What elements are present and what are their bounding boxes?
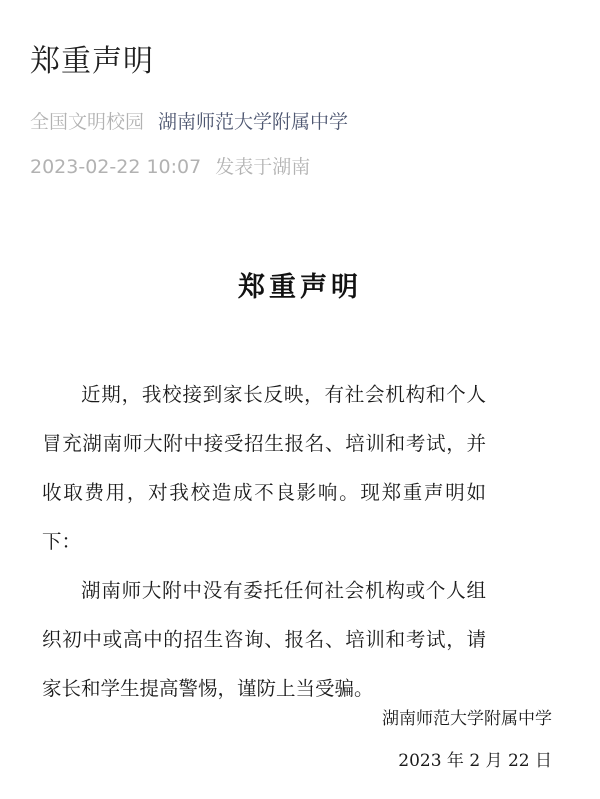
document-paragraph: 近期，我校接到家长反映，有社会机构和个人冒充湖南师大附中接受招生报名、培训和考试…	[42, 370, 486, 566]
publish-time: 2023-02-22 10:07	[30, 156, 201, 178]
document-paragraph: 湖南师大附中没有委托任何社会机构或个人组织初中或高中的招生咨询、报名、培训和考试…	[42, 566, 486, 713]
publish-location: 发表于湖南	[215, 156, 310, 178]
document-heading: 郑重声明	[0, 270, 600, 306]
source-label: 全国文明校园	[30, 111, 144, 133]
document-body: 近期，我校接到家长反映，有社会机构和个人冒充湖南师大附中接受招生报名、培训和考试…	[42, 370, 486, 713]
article-meta-source-row: 全国文明校园湖南师范大学附属中学	[30, 109, 348, 135]
signature-date: 2023 年 2 月 22 日	[382, 740, 552, 782]
signature-organization: 湖南师范大学附属中学	[382, 698, 552, 740]
article-meta-time-row: 2023-02-22 10:07发表于湖南	[30, 154, 310, 180]
article-title: 郑重声明	[30, 42, 154, 82]
account-name-link[interactable]: 湖南师范大学附属中学	[158, 111, 348, 133]
document-signature: 湖南师范大学附属中学 2023 年 2 月 22 日	[382, 698, 552, 782]
